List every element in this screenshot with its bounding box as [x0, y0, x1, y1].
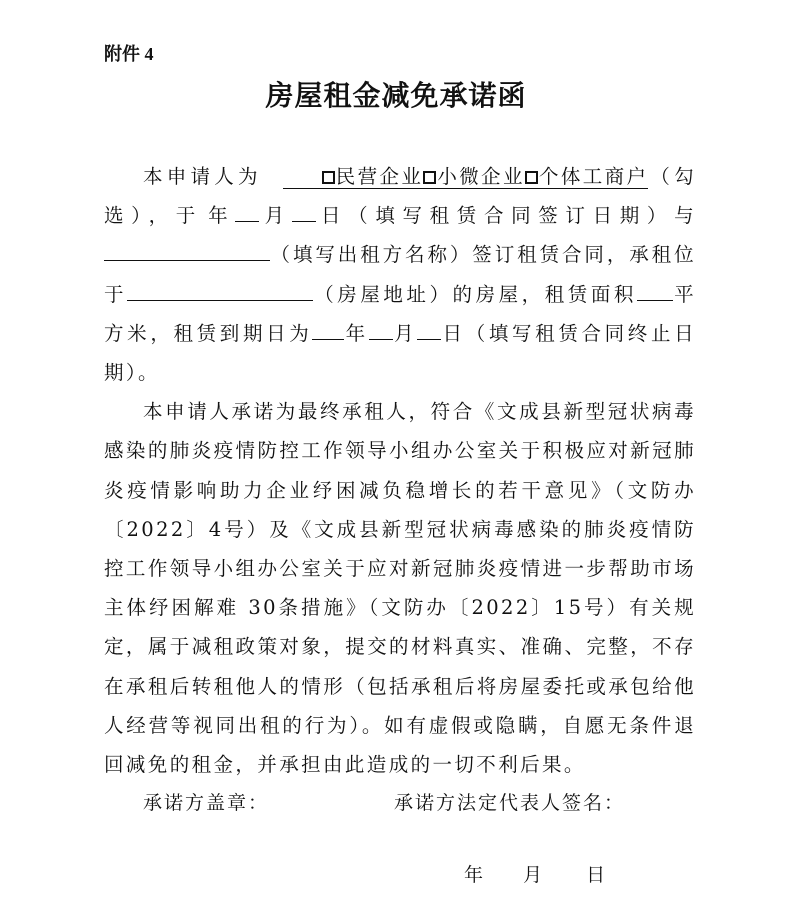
attachment-label: 附件 4 — [104, 40, 154, 66]
address-blank[interactable] — [127, 282, 313, 301]
checkbox-small-micro-enterprise[interactable] — [423, 171, 436, 184]
option-label: 民营企业 — [336, 165, 424, 188]
legal-rep-signature-label: 承诺方法定代表人签名： — [394, 788, 625, 815]
end-month-text: 月 — [393, 322, 417, 345]
end-day-blank[interactable] — [417, 321, 441, 340]
commitment-paragraph: 本申请人承诺为最终承租人，符合《文成县新型冠状病毒感染的肺炎疫情防控工作领导小组… — [104, 392, 696, 784]
intro-text: 本申请人为 — [143, 165, 262, 188]
end-year-blank[interactable] — [312, 321, 344, 340]
date-day: 日 — [586, 860, 605, 887]
enterprise-type-options: 民营企业小微企业个体工商户 — [283, 166, 649, 189]
seal-label: 承诺方盖章： — [143, 788, 269, 815]
day-text: 日 — [316, 204, 348, 227]
address-hint: （房屋地址）的房屋，租赁面积 — [313, 283, 637, 306]
sign-day-blank[interactable] — [292, 203, 316, 222]
date-month: 月 — [523, 860, 542, 887]
document-body: 本申请人为 民营企业小微企业个体工商户（勾选），于年月日（填写租赁合同签订日期）… — [104, 157, 696, 784]
lessor-name-blank[interactable] — [104, 242, 270, 261]
applicant-paragraph: 本申请人为 民营企业小微企业个体工商户（勾选），于年月日（填写租赁合同签订日期）… — [104, 157, 696, 392]
end-year-text: 年 — [344, 322, 368, 345]
year-text: 年 — [203, 204, 235, 227]
sign-month-blank[interactable] — [235, 203, 259, 222]
sign-date-hint: （填写租赁合同签订日期）与 — [348, 204, 696, 227]
option-label: 个体工商户 — [539, 165, 649, 188]
area-blank[interactable] — [637, 282, 673, 301]
signature-date: 年 月 日 — [464, 860, 605, 887]
month-text: 月 — [259, 204, 291, 227]
checkbox-individual-business[interactable] — [525, 171, 538, 184]
end-month-blank[interactable] — [369, 321, 393, 340]
document-title: 房屋租金减免承诺函 — [0, 74, 792, 114]
option-label: 小微企业 — [437, 165, 525, 188]
end-day-text: 日 — [441, 322, 465, 345]
date-year: 年 — [464, 860, 483, 887]
checkbox-private-enterprise[interactable] — [322, 171, 335, 184]
